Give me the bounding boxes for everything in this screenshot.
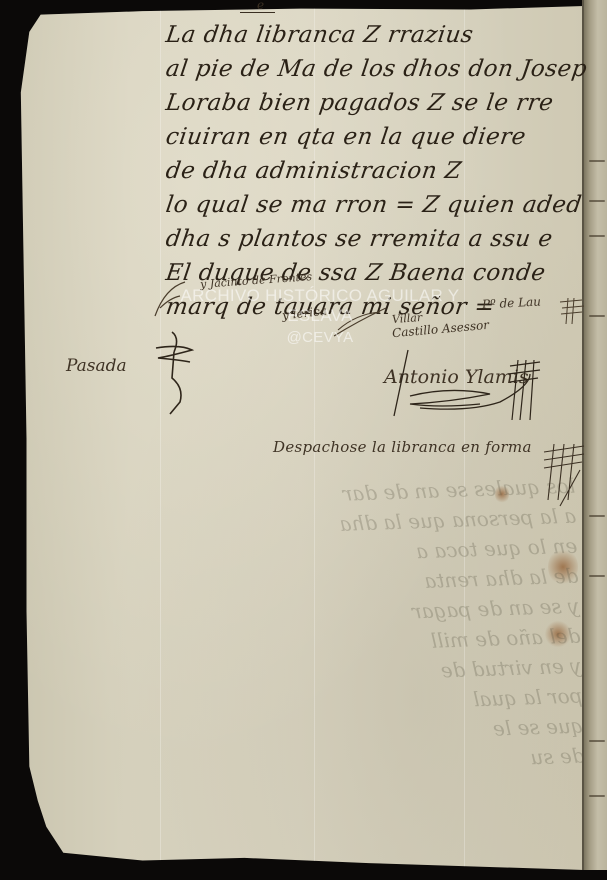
- text-line: lo qual se ma rron = Z quien aded: [164, 188, 589, 222]
- adjacent-ink-mark: [589, 235, 605, 237]
- text-line: dha s plantos se rremita a ssu e: [164, 222, 589, 256]
- adjacent-ink-mark: [589, 740, 605, 742]
- text-line: de dha administracion Z: [164, 154, 589, 188]
- adjacent-ink-mark: [589, 200, 605, 202]
- rubric-flourish-icon: [540, 440, 590, 510]
- top-mark-letter: e: [257, 0, 264, 12]
- adjacent-ink-mark: [589, 160, 605, 162]
- annotation-despacho: Despachose la libranca en forma: [273, 438, 532, 456]
- rubric-flourish-icon: [558, 296, 586, 326]
- adjacent-ink-mark: [589, 515, 605, 517]
- text-line: al pie de Ma de los dhos don Josep: [164, 52, 589, 86]
- text-line: Loraba bien pagados Z se le rre: [164, 86, 589, 120]
- annotation-pasada: Pasada: [66, 356, 127, 376]
- adjacent-ink-mark: [589, 575, 605, 577]
- rubric-flourish-icon: [380, 346, 550, 426]
- watermark-handle: @CEVYA: [150, 329, 490, 346]
- adjacent-ink-mark: [589, 795, 605, 797]
- bleed-through-text: los quales se an de dar a la persona que…: [35, 471, 585, 790]
- watermark-archive-name: ARCHIVO HISTÓRICO AGUILAR Y ESLAVA: [150, 286, 490, 326]
- top-mark-line: [240, 12, 275, 13]
- text-line: La dha libranca Z rrazius: [164, 18, 589, 52]
- adjacent-ink-mark: [589, 315, 605, 317]
- text-line: ciuiran en qta en la que diere: [164, 120, 589, 154]
- archive-watermark: ARCHIVO HISTÓRICO AGUILAR Y ESLAVA @CEVY…: [150, 286, 490, 346]
